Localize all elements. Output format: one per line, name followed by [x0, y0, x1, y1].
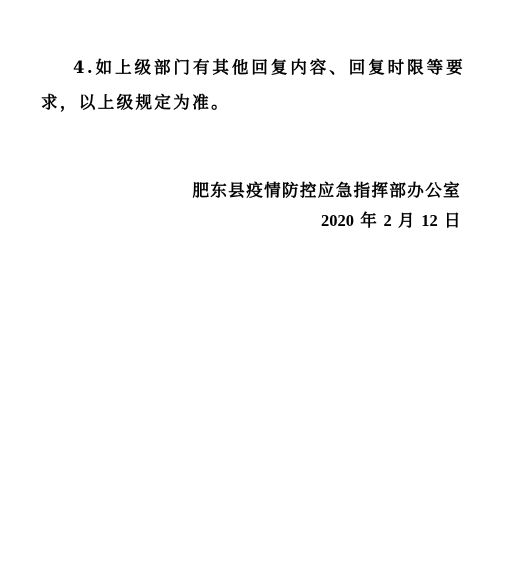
date-month: 2	[384, 211, 392, 230]
date-year-unit: 年	[354, 211, 384, 230]
date-month-unit: 月	[392, 211, 422, 230]
issuing-organization: 肥东县疫情防控应急指挥部办公室	[193, 177, 462, 201]
paragraph-text: 如上级部门有其他回复内容、回复时限等要求，以上级规定为准。	[41, 58, 465, 112]
paragraph-number: 4.	[73, 58, 95, 77]
paragraph-item-4: 4.如上级部门有其他回复内容、回复时限等要求，以上级规定为准。	[41, 50, 465, 120]
date-day-unit: 日	[438, 211, 461, 230]
issue-date: 2020 年 2 月 12 日	[321, 207, 461, 231]
date-year: 2020	[321, 211, 354, 230]
date-day: 12	[421, 211, 438, 230]
document-page: 4.如上级部门有其他回复内容、回复时限等要求，以上级规定为准。 肥东县疫情防控应…	[0, 0, 513, 572]
